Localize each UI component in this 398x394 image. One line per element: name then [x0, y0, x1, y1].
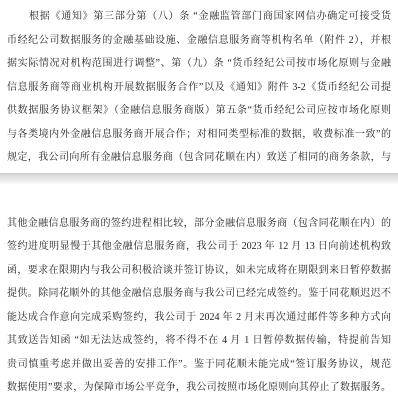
text-line: 签约进度明显慢于其他金融信息服务商，我公司于 2023 年 12 月 13 日向…	[7, 235, 391, 259]
document-page-2-text: 其他金融信息服务商的签约进程相比较，部分金融信息服务商（包含同花顺在内）的签约进…	[0, 185, 398, 394]
text-line: 根据《通知》第三部分第（八）条 “金融监管部门商国家网信办确定可接受货	[7, 5, 391, 29]
text-line: 其他金融信息服务商的签约进程相比较，部分金融信息服务商（包含同花顺在内）的	[7, 212, 391, 236]
text-line: 信息服务商等商业机构开展数据服务合作”以及《通知》附件 3-2《货币经纪公司提	[7, 76, 391, 100]
text-line: 与各类境内外金融信息服务商开展合作；对相同类型标准的数据，收费标准一致”的	[7, 123, 391, 147]
text-line: 其致送告知函 “如无法达成签约，将不得不在 4 月 1 日暂停数据传输，特提前告…	[7, 329, 391, 353]
text-line: 函，要求在限期内与我公司积极洽谈并签订协议，如未完成将在期限到来日暂停数据	[7, 259, 391, 283]
document-viewer: 根据《通知》第三部分第（八）条 “金融监管部门商国家网信办确定可接受货币经纪公司…	[0, 0, 398, 394]
text-line: 规定，我公司向所有金融信息服务商（包含同花顺在内）致送了相同的商务条款，与	[7, 146, 391, 170]
document-page-1-text: 根据《通知》第三部分第（八）条 “金融监管部门商国家网信办确定可接受货币经纪公司…	[0, 0, 398, 170]
text-line: 数据使用”要求，为保障市场公平竞争，我公司按照市场化原则向其停止了数据服务。	[7, 376, 391, 394]
text-line: 能达成合作意向完成采购签约，我公司于 2024 年 2 月末再次通过邮件等多种方…	[7, 306, 391, 330]
text-line: 币经纪公司数据服务的金融基础设施、金融信息服务商等机构名单（附件 2），并根	[7, 29, 391, 53]
text-line: 提供。除同花顺外的其他金融信息服务商与我公司已经完成签约。鉴于同花顺迟迟不	[7, 282, 391, 306]
page-break-divider	[0, 173, 398, 185]
text-line: 贵司慎重考虑并做出妥善的安排工作”。鉴于同花顺未能完成“签订服务协议，规范	[7, 353, 391, 377]
text-line: 据实际情况对机构范围进行调整”、第（九）条 “货币经纪公司按市场化原则与金融	[7, 52, 391, 76]
text-line: 供数据服务协议框架》（金融信息服务商版）第五条“货币经纪公司应按市场化原则	[7, 99, 391, 123]
